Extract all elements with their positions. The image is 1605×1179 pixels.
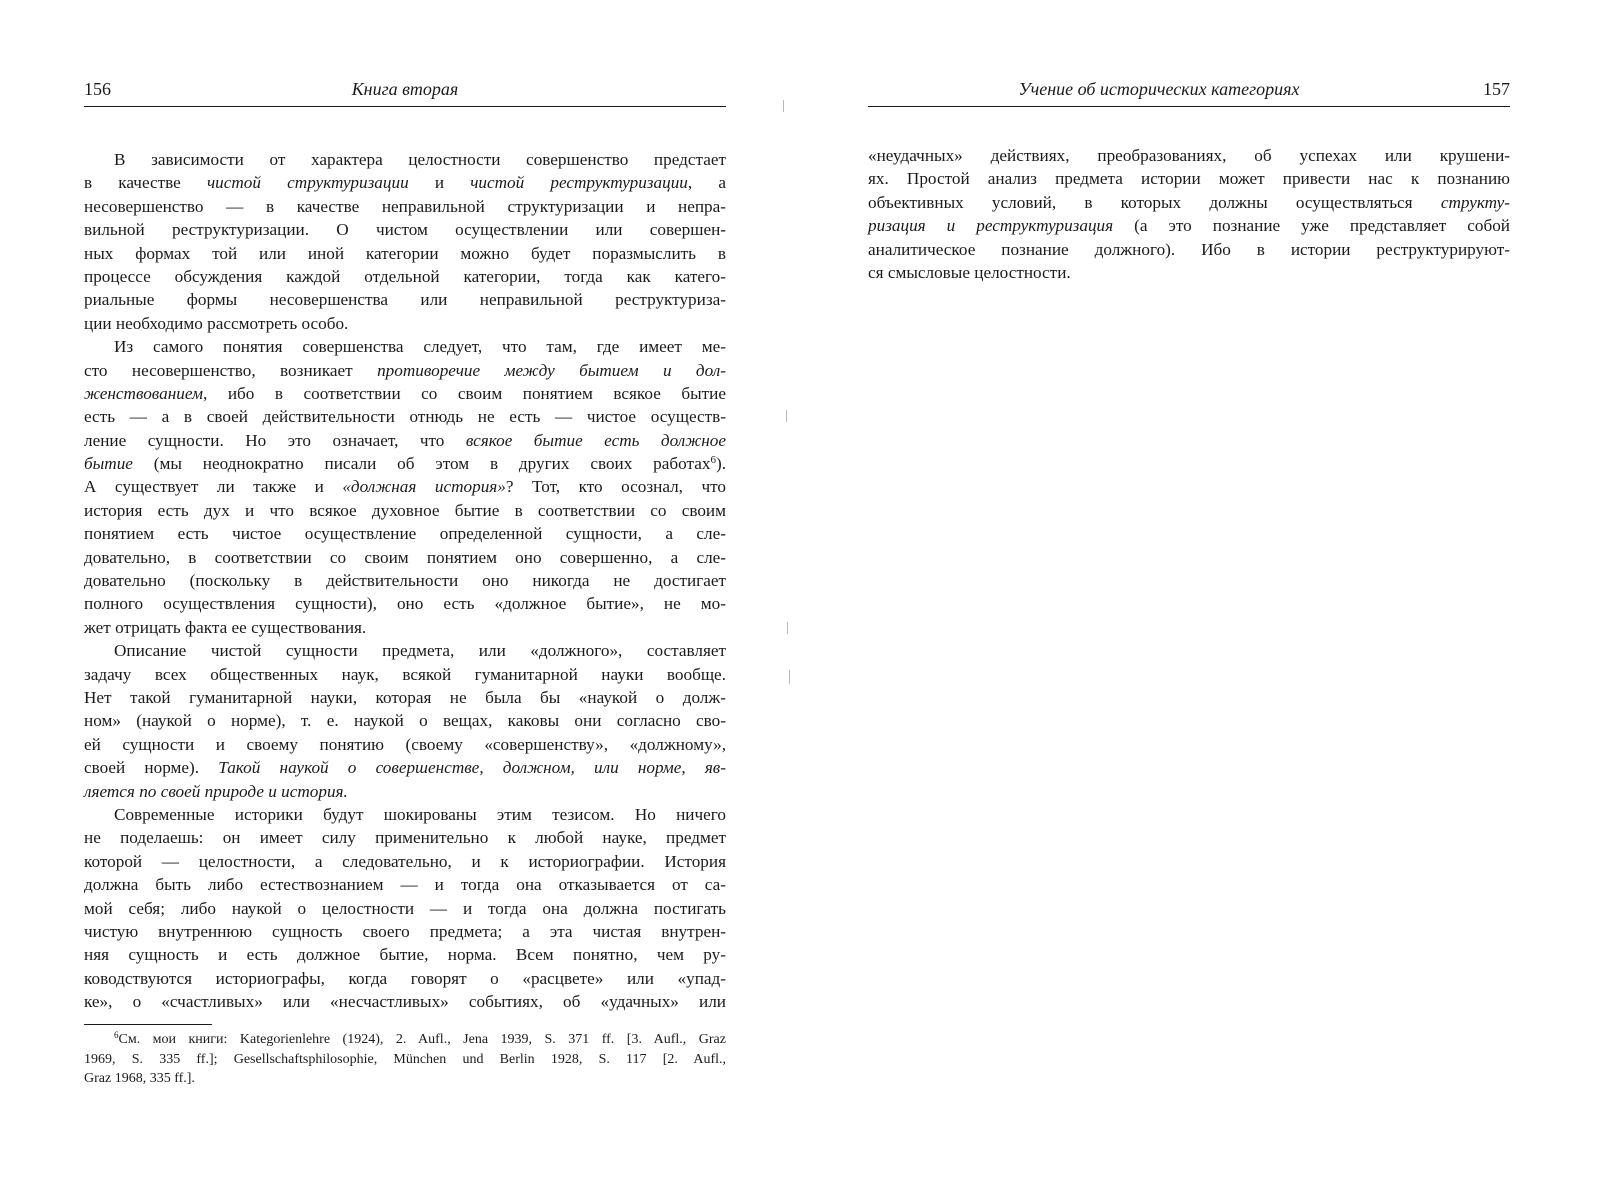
text-segment: Graz 1968, 335 ff.]. <box>84 1071 195 1086</box>
text-line: объективных условий, в которых должны ос… <box>868 191 1510 214</box>
italic-text: ляется по своей природе и история. <box>84 782 348 801</box>
text-line: бытие (мы неоднократно писали об этом в … <box>84 452 726 475</box>
left-page-header: 156 Книга вторая <box>84 76 726 107</box>
text-segment: вильной реструктуризации. О чистом осуще… <box>84 220 726 239</box>
text-line: ководствуются историографы, когда говоря… <box>84 967 726 990</box>
text-line: история есть дух и что всякое духовное б… <box>84 499 726 522</box>
text-segment: довательно, в соответствии со своим поня… <box>84 548 726 567</box>
text-segment: ке», о «счастливых» или «несчастливых» с… <box>84 992 726 1011</box>
text-line: несовершенство — в качестве неправильной… <box>84 195 726 218</box>
text-line: своей норме). Такой наукой о совершенств… <box>84 756 726 779</box>
text-segment: жет отрицать факта ее существования. <box>84 618 366 637</box>
gutter-mark <box>786 410 787 422</box>
text-segment: Нет такой гуманитарной науки, которая не… <box>84 688 726 707</box>
text-line: ся смысловые целостности. <box>868 261 1510 284</box>
text-line: в качестве чистой структуризации и чисто… <box>84 171 726 194</box>
text-line: ризация и реструктуризация (а это познан… <box>868 214 1510 237</box>
text-segment: сто несовершенство, возникает <box>84 361 377 380</box>
text-line: должна быть либо естествознанием — и тог… <box>84 873 726 896</box>
italic-text: структу- <box>1441 193 1510 212</box>
text-line: аналитическое познание должного). Ибо в … <box>868 238 1510 261</box>
text-segment: Описание чистой сущности предмета, или «… <box>114 641 726 660</box>
text-line: понятием есть чистое осуществление опред… <box>84 522 726 545</box>
left-page-body-text: В зависимости от характера целостности с… <box>84 148 726 1013</box>
footnote: 6См. мои книги: Kategorienlehre (1924), … <box>84 1030 726 1089</box>
text-line: есть — а в своей действительности отнюдь… <box>84 405 726 428</box>
text-segment: ей сущности и своему понятию (своему «со… <box>84 735 726 754</box>
text-segment: ководствуются историографы, когда говоря… <box>84 969 726 988</box>
text-line: довательно (поскольку в действительности… <box>84 569 726 592</box>
footnote-separator <box>84 1024 212 1025</box>
italic-text: чистой реструктуризации <box>470 173 688 192</box>
text-line: ях. Простой анализ предмета истории може… <box>868 167 1510 190</box>
text-segment: См. мои книги: Kategorienlehre (1924), 2… <box>119 1032 727 1047</box>
text-line: 6См. мои книги: Kategorienlehre (1924), … <box>84 1030 726 1050</box>
text-segment: А существует ли также и <box>84 477 342 496</box>
text-segment: , ибо в соответствии со своим понятием в… <box>203 384 726 403</box>
italic-text: бытие <box>84 454 133 473</box>
text-segment: (мы неоднократно писали об этом в других… <box>133 454 711 473</box>
text-line: довательно, в соответствии со своим поня… <box>84 546 726 569</box>
text-segment: в качестве <box>84 173 207 192</box>
text-segment: несовершенство — в качестве неправильной… <box>84 197 726 216</box>
text-segment: ном» (наукой о норме), т. е. наукой о ве… <box>84 711 726 730</box>
italic-text: чистой структуризации <box>207 173 409 192</box>
gutter-mark <box>787 622 788 634</box>
text-line: процессе обсуждения каждой отдельной кат… <box>84 265 726 288</box>
text-segment: Современные историки будут шокированы эт… <box>114 805 726 824</box>
text-segment: ях. Простой анализ предмета истории може… <box>868 169 1510 188</box>
text-segment: задачу всех общественных наук, всякой гу… <box>84 665 726 684</box>
italic-text: всякое бытие есть должное <box>466 431 726 450</box>
right-page-header: Учение об исторических категориях 157 <box>868 76 1510 107</box>
gutter-mark <box>783 100 784 112</box>
text-segment: есть — а в своей действительности отнюдь… <box>84 407 726 426</box>
text-segment: не поделаешь: он имеет силу применительн… <box>84 828 726 847</box>
text-line: ных формах той или иной категории можно … <box>84 242 726 265</box>
text-segment: В зависимости от характера целостности с… <box>114 150 726 169</box>
text-segment: довательно (поскольку в действительности… <box>84 571 726 590</box>
text-segment: ных формах той или иной категории можно … <box>84 244 726 263</box>
text-segment: мой себя; либо наукой о целостности — и … <box>84 899 726 918</box>
text-segment: понятием есть чистое осуществление опред… <box>84 524 726 543</box>
text-segment: риальные формы несовершенства или неправ… <box>84 290 726 309</box>
text-line: ей сущности и своему понятию (своему «со… <box>84 733 726 756</box>
text-line: Graz 1968, 335 ff.]. <box>84 1069 726 1089</box>
text-segment: и <box>409 173 471 192</box>
text-segment: ся смысловые целостности. <box>868 263 1071 282</box>
italic-text: женствованием <box>84 384 203 403</box>
text-segment: няя сущность и есть должное бытие, норма… <box>84 945 726 964</box>
text-line: «неудачных» действиях, преобразованиях, … <box>868 144 1510 167</box>
text-segment: должна быть либо естествознанием — и тог… <box>84 875 726 894</box>
text-line: женствованием, ибо в соответствии со сво… <box>84 382 726 405</box>
text-line: риальные формы несовершенства или неправ… <box>84 288 726 311</box>
text-line: ке», о «счастливых» или «несчастливых» с… <box>84 990 726 1013</box>
text-line: ляется по своей природе и история. <box>84 780 726 803</box>
text-line: А существует ли также и «должная история… <box>84 475 726 498</box>
text-line: Из самого понятия совершенства следует, … <box>84 335 726 358</box>
text-line: ном» (наукой о норме), т. е. наукой о ве… <box>84 709 726 732</box>
text-line: жет отрицать факта ее существования. <box>84 616 726 639</box>
text-segment: своей норме). <box>84 758 218 777</box>
text-segment: (а это познание уже представляет собой <box>1113 216 1510 235</box>
text-line: вильной реструктуризации. О чистом осуще… <box>84 218 726 241</box>
text-line: Нет такой гуманитарной науки, которая не… <box>84 686 726 709</box>
text-segment: чистую внутреннюю сущность своего предме… <box>84 922 726 941</box>
text-line: чистую внутреннюю сущность своего предме… <box>84 920 726 943</box>
text-segment: аналитическое познание должного). Ибо в … <box>868 240 1510 259</box>
gutter-mark <box>789 670 790 684</box>
text-segment: ). <box>716 454 726 473</box>
text-segment: «неудачных» действиях, преобразованиях, … <box>868 146 1510 165</box>
text-line: которой — целостности, а следовательно, … <box>84 850 726 873</box>
italic-text: Такой наукой о совершенстве, должном, ил… <box>218 758 726 777</box>
text-line: 1969, S. 335 ff.]; Gesellschaftsphilosop… <box>84 1050 726 1070</box>
running-title: Учение об исторических категориях <box>868 79 1450 100</box>
text-segment: объективных условий, в которых должны ос… <box>868 193 1441 212</box>
text-segment: полного осуществления сущности), оно ест… <box>84 594 726 613</box>
text-segment: история есть дух и что всякое духовное б… <box>84 501 726 520</box>
italic-text: ризация и реструктуризация <box>868 216 1113 235</box>
italic-text: «должная история» <box>342 477 506 496</box>
text-line: полного осуществления сущности), оно ест… <box>84 592 726 615</box>
text-line: не поделаешь: он имеет силу применительн… <box>84 826 726 849</box>
text-segment: процессе обсуждения каждой отдельной кат… <box>84 267 726 286</box>
text-segment: ление сущности. Но это означает, что <box>84 431 466 450</box>
text-segment: Из самого понятия совершенства следует, … <box>114 337 726 356</box>
text-line: няя сущность и есть должное бытие, норма… <box>84 943 726 966</box>
text-line: мой себя; либо наукой о целостности — и … <box>84 897 726 920</box>
page-number: 157 <box>1483 79 1510 100</box>
text-line: ление сущности. Но это означает, что вся… <box>84 429 726 452</box>
text-line: Современные историки будут шокированы эт… <box>84 803 726 826</box>
text-segment: 1969, S. 335 ff.]; Gesellschaftsphilosop… <box>84 1052 726 1067</box>
italic-text: противоречие между бытием и дол- <box>377 361 726 380</box>
text-line: задачу всех общественных наук, всякой гу… <box>84 663 726 686</box>
text-segment: которой — целостности, а следовательно, … <box>84 852 726 871</box>
text-segment: , а <box>688 173 726 192</box>
text-line: сто несовершенство, возникает противореч… <box>84 359 726 382</box>
right-page-body-text: «неудачных» действиях, преобразованиях, … <box>868 144 1510 284</box>
text-segment: ции необходимо рассмотреть особо. <box>84 314 348 333</box>
text-line: Описание чистой сущности предмета, или «… <box>84 639 726 662</box>
running-title: Книга вторая <box>84 79 726 100</box>
text-line: ции необходимо рассмотреть особо. <box>84 312 726 335</box>
text-segment: ? Тот, кто осознал, что <box>506 477 726 496</box>
text-line: В зависимости от характера целостности с… <box>84 148 726 171</box>
